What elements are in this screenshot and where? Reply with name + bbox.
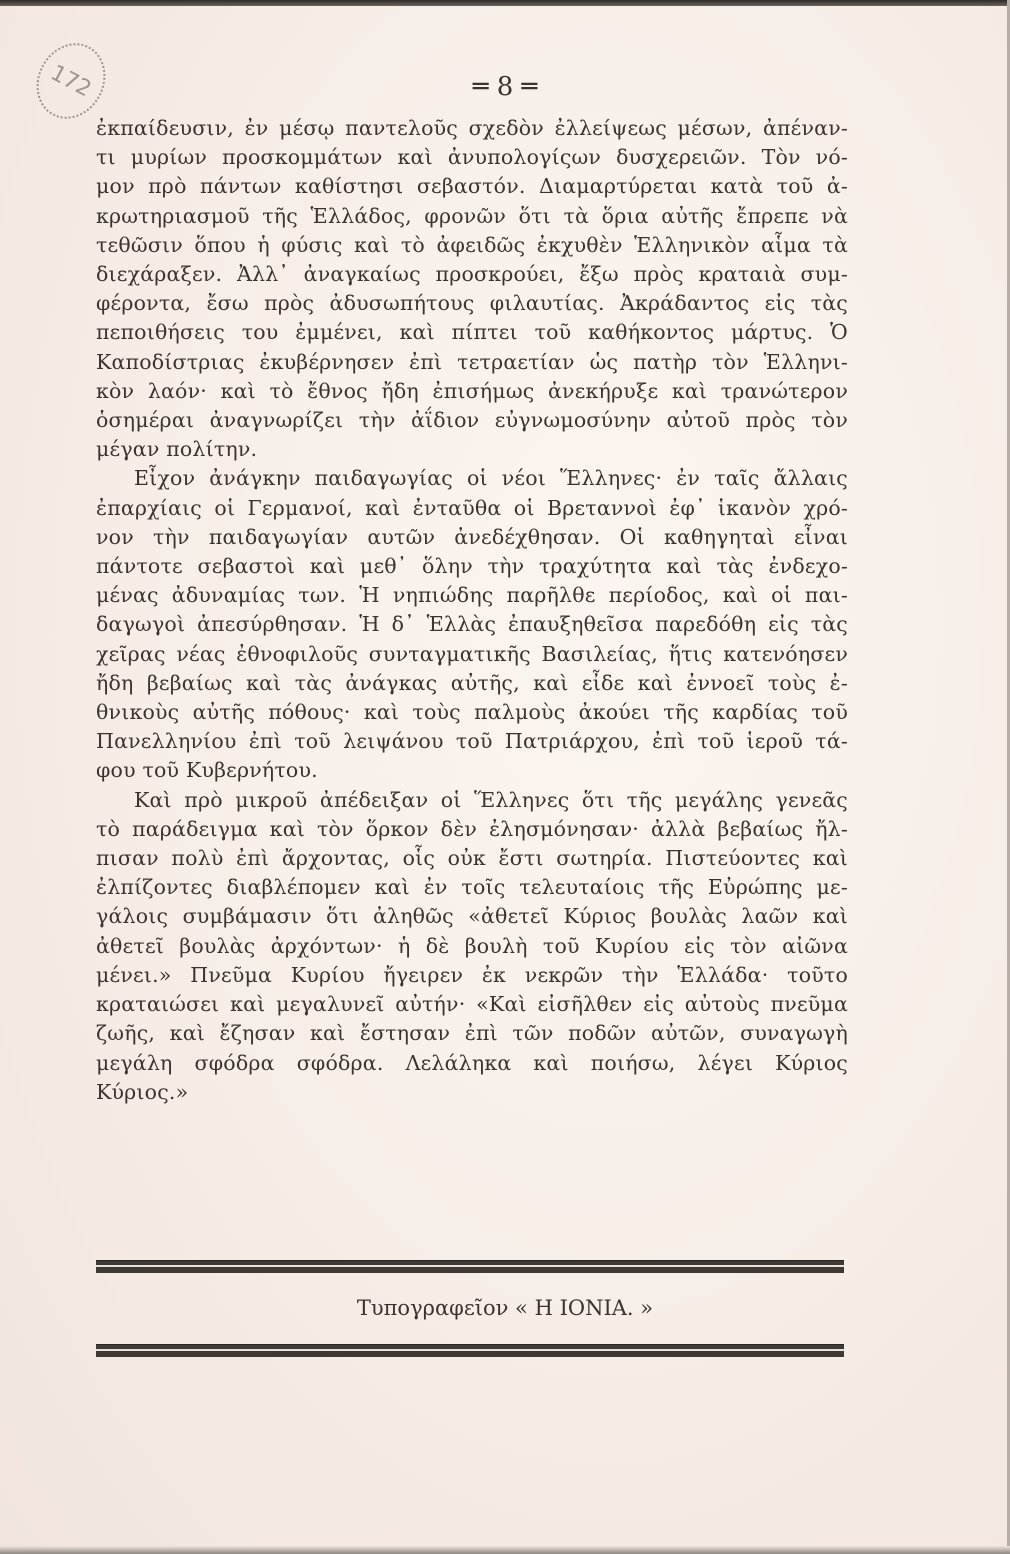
text-line: Καὶ πρὸ μικροῦ ἀπέδειξαν οἱ Ἕλληνες ὅτι …: [96, 786, 848, 815]
decorative-rule-top: [96, 1260, 844, 1273]
text-line: τι μυρίων προσκομμάτων καὶ ἀνυπολογίςων …: [96, 143, 848, 172]
page-top-edge: [0, 0, 1010, 6]
text-line: δαγωγοὶ ἀπεσύρθησαν. Ἡ δ᾽ Ἑλλὰς ἐπαυξηθε…: [96, 610, 848, 639]
text-line: τεθῶσιν ὅπου ἡ φύσις καὶ τὸ ἀφειδῶς ἐκχυ…: [96, 231, 848, 260]
text-line: κὸν λαόν· καὶ τὸ ἔθνος ἤδη ἐπισήμως ἀνεκ…: [96, 377, 848, 406]
text-line: μον πρὸ πάντων καθίστησι σεβαστόν. Διαμα…: [96, 172, 848, 201]
text-line: ἐλπίζοντες διαβλέπομεν καὶ ἐν τοῖς τελευ…: [96, 873, 848, 902]
text-line: τὸ παράδειγμα καὶ τὸν ὅρκον δὲν ἐλησμόνη…: [96, 815, 848, 844]
decorative-rule-bottom: [96, 1344, 844, 1357]
paragraph-2: Εἶχον ἀνάγκην παιδαγωγίας οἱ νέοι Ἕλληνε…: [96, 464, 848, 785]
text-line: μεγάλη σφόδρα σφόδρα. Λελάληκα καὶ ποιήσ…: [96, 1049, 848, 1078]
page-bottom-edge: [0, 1546, 1010, 1554]
text-line: διεχάραξεν. Ἀλλ᾽ ἀναγκαίως προσκρούει, ἔ…: [96, 260, 848, 289]
text-line: ὁσημέραι ἀναγνωρίζει τὴν ἀΐδιον εὐγνωμοσ…: [96, 406, 848, 435]
text-line: μένει.» Πνεῦμα Κυρίου ἤγειρεν ἐκ νεκρῶν …: [96, 961, 848, 990]
text-line: κραταιώσει καὶ μεγαλυνεῖ αὐτήν· «Καὶ εἰσ…: [96, 990, 848, 1019]
text-line: πεποιθήσεις του ἐμμένει, καὶ πίπτει τοῦ …: [96, 318, 848, 347]
text-line: θνικοὺς αὐτῆς πόθους· καὶ τοὺς παλμοὺς ἀ…: [96, 698, 848, 727]
text-line: πισαν πολὺ ἐπὶ ἄρχοντας, οἷς οὐκ ἔστι σω…: [96, 844, 848, 873]
text-line: χεῖρας νέας ἐθνοφιλοῦς συνταγματικῆς Βασ…: [96, 640, 848, 669]
text-line: φέροντα, ἔσω πρὸς ἀδυσωπήτους φιλαυτίας.…: [96, 289, 848, 318]
text-line: μένας ἀδυναμίας των. Ἡ νηπιώδης παρῆλθε …: [96, 581, 848, 610]
text-line: γάλοις συμβάμασιν ὅτι ἀληθῶς «ἀθετεῖ Κύρ…: [96, 902, 848, 931]
text-line: Κύριος.»: [96, 1078, 848, 1107]
text-line: ἐκπαίδευσιν, ἐν μέσῳ παντελοῦς σχεδὸν ἐλ…: [96, 114, 848, 143]
text-line: πάντοτε σεβαστοὶ καὶ μεθ᾽ ὅλην τὴν τραχύ…: [96, 552, 848, 581]
paragraph-3: Καὶ πρὸ μικροῦ ἀπέδειξαν οἱ Ἕλληνες ὅτι …: [96, 786, 848, 1107]
text-line: ἤδη βεβαίως καὶ τὰς ἀνάγκας αὐτῆς, καὶ ε…: [96, 669, 848, 698]
text-line: Εἶχον ἀνάγκην παιδαγωγίας οἱ νέοι Ἕλληνε…: [96, 464, 848, 493]
text-line: κρωτηριασμοῦ τῆς Ἑλλάδος, φρονῶν ὅτι τὰ …: [96, 202, 848, 231]
text-line: ἀθετεῖ βουλὰς ἀρχόντων· ἡ δὲ βουλὴ τοῦ Κ…: [96, 932, 848, 961]
text-line: Καποδίστριας ἐκυβέρνησεν ἐπὶ τετραετίαν …: [96, 348, 848, 377]
printer-imprint: Τυπογραφεῖον « Η ΙΟΝΙΑ. »: [0, 1296, 1010, 1320]
text-line: φου τοῦ Κυβερνήτου.: [96, 756, 848, 785]
text-line: Πανελληνίου ἐπὶ τοῦ λειψάνου τοῦ Πατριάρ…: [96, 727, 848, 756]
scanned-page: 172 ═ 8 ═ ἐκπαίδευσιν, ἐν μέσῳ παντελοῦς…: [0, 0, 1010, 1554]
paragraph-1: ἐκπαίδευσιν, ἐν μέσῳ παντελοῦς σχεδὸν ἐλ…: [96, 114, 848, 464]
text-line: μέγαν πολίτην.: [96, 435, 848, 464]
text-line: ζωῆς, καὶ ἔζησαν καὶ ἔστησαν ἐπὶ τῶν ποδ…: [96, 1019, 848, 1048]
page-number: ═ 8 ═: [0, 72, 1010, 102]
text-line: ἐπαρχίαις οἱ Γερμανοί, καὶ ἐνταῦθα οἱ Βρ…: [96, 494, 848, 523]
text-line: νον τὴν παιδαγωγίαν αυτῶν ἀνεδέχθησαν. Ο…: [96, 523, 848, 552]
body-text: ἐκπαίδευσιν, ἐν μέσῳ παντελοῦς σχεδὸν ἐλ…: [96, 114, 848, 1107]
